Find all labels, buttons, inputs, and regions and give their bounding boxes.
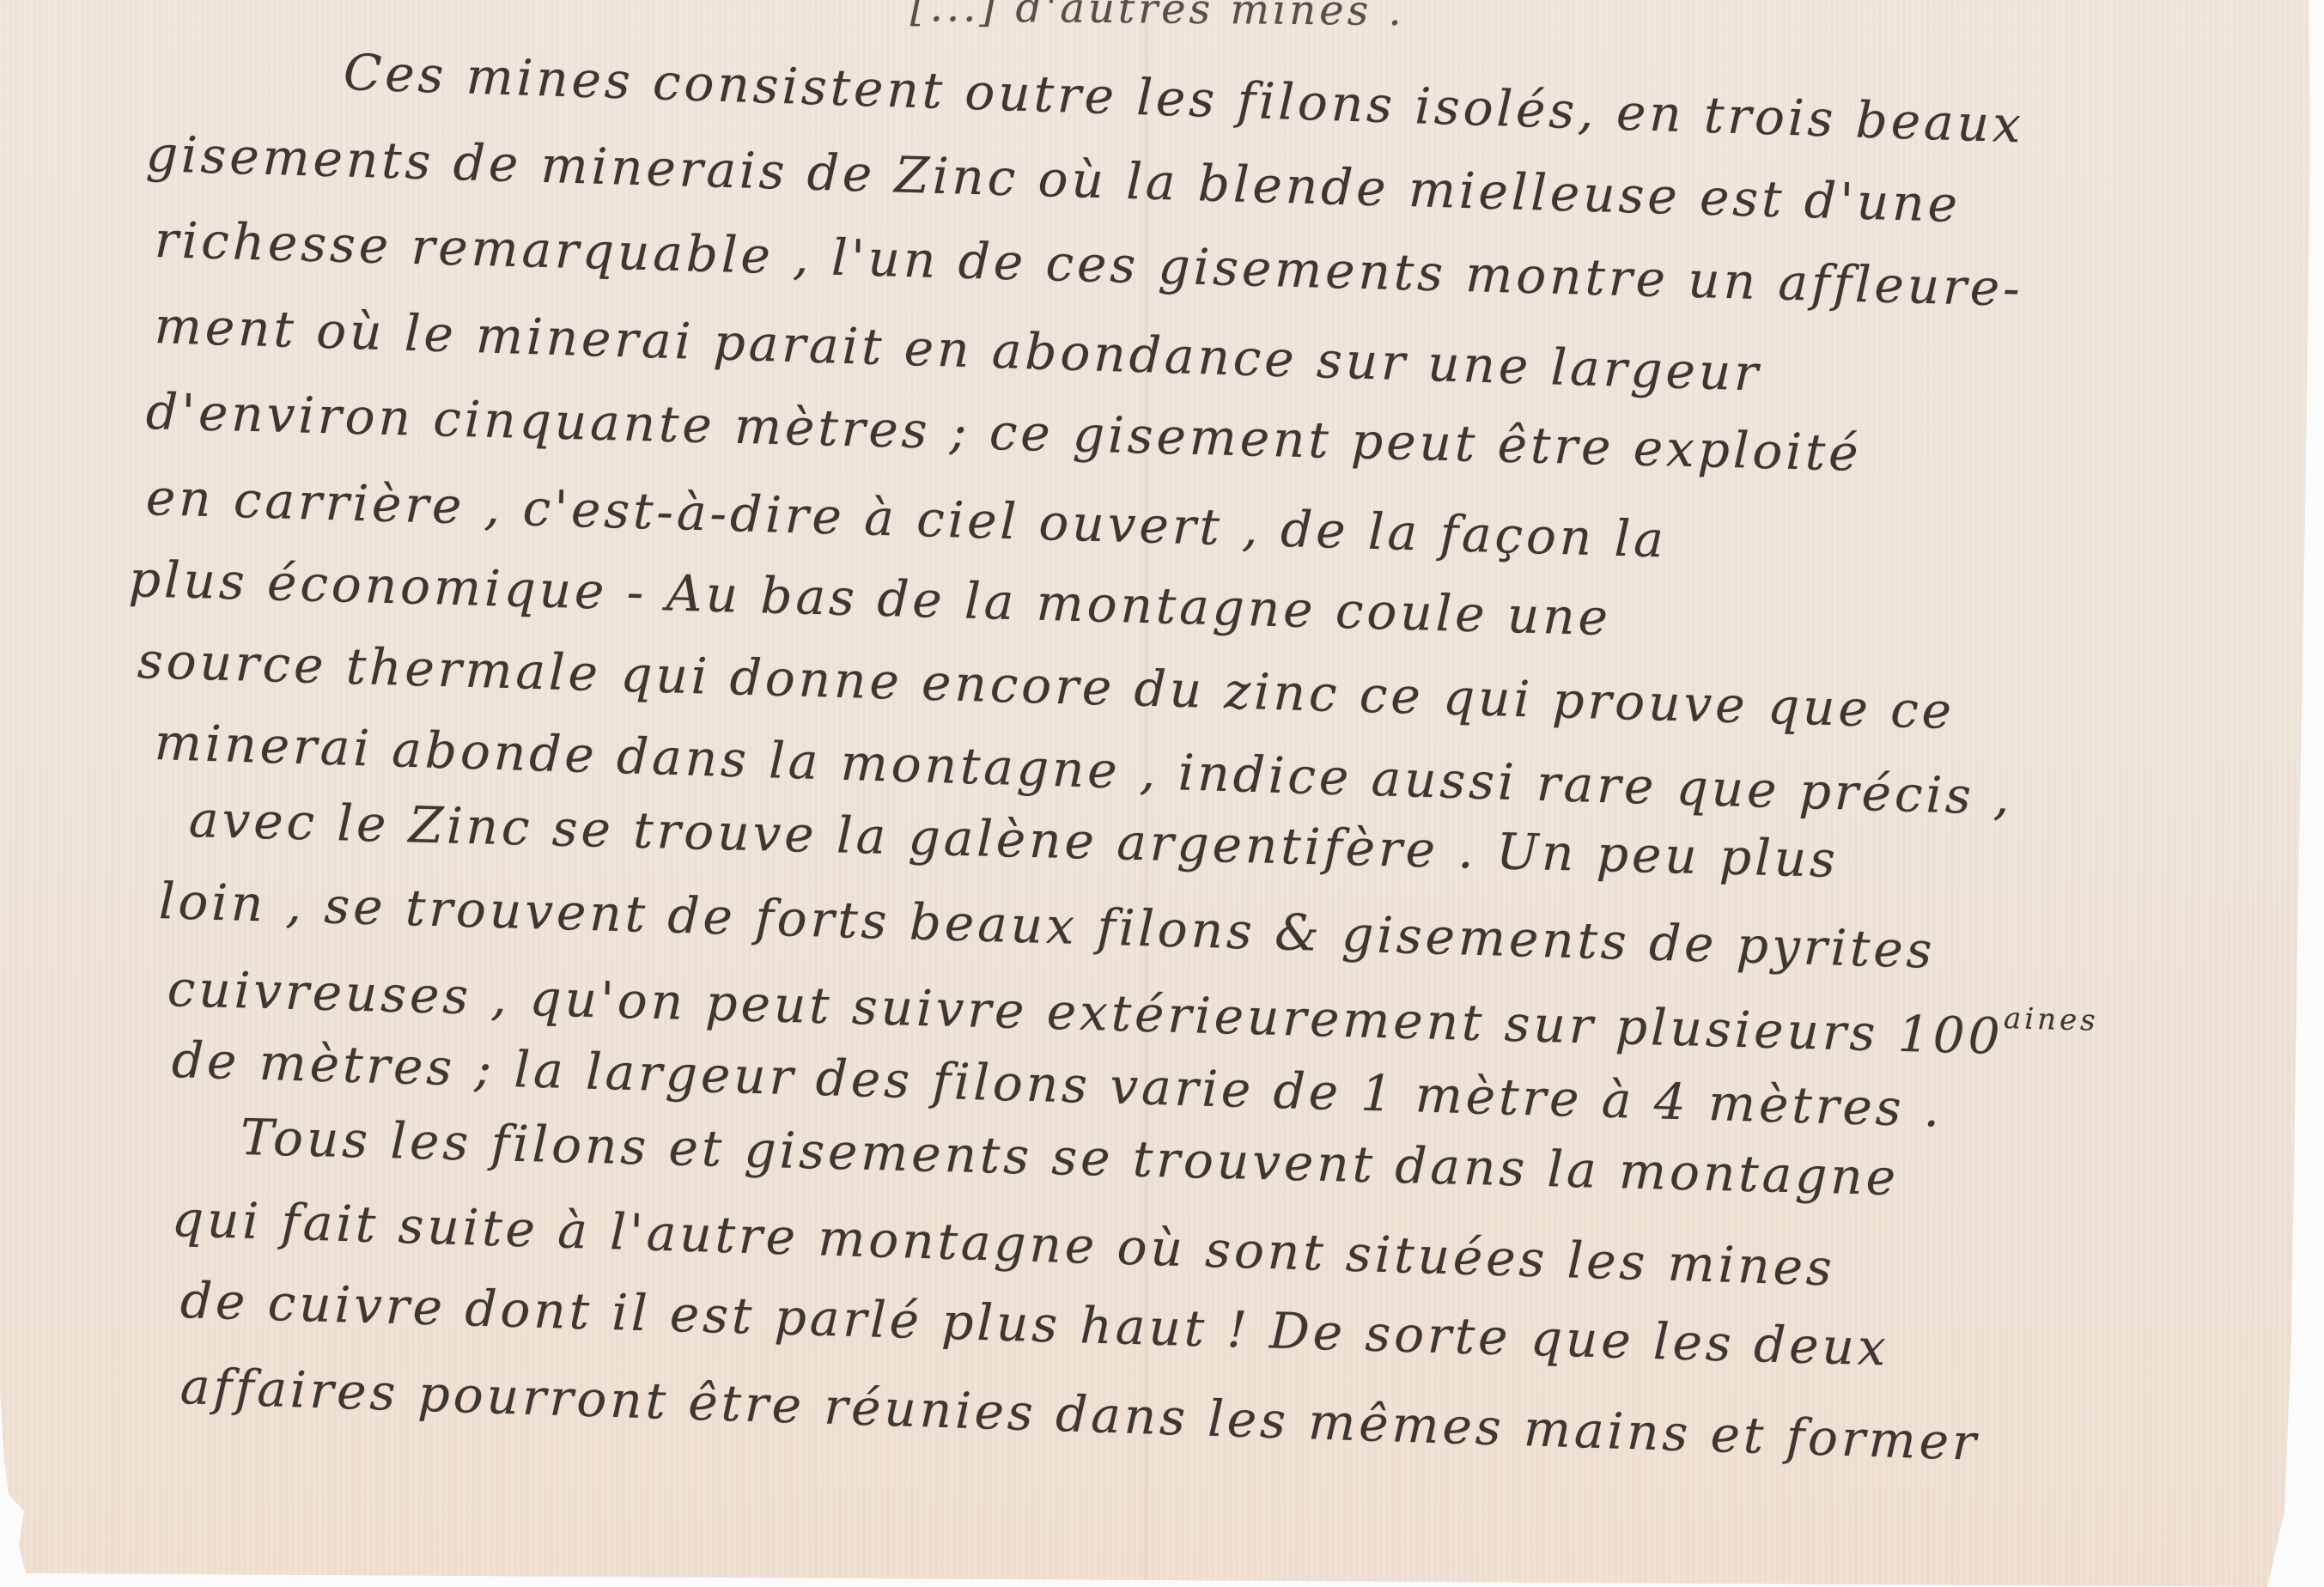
manuscript-line: affaires pourront être réunies dans les … xyxy=(179,1357,1980,1472)
scanned-page: [...] d'autres mines . Ces mines consist… xyxy=(0,0,2324,1587)
manuscript-line: en carrière , c'est-à-dire à ciel ouvert… xyxy=(145,468,1668,569)
superscript-suffix: aines xyxy=(2004,1001,2100,1038)
manuscript-text: [...] d'autres mines . Ces mines consist… xyxy=(0,0,2324,1587)
manuscript-line: [...] d'autres mines . xyxy=(910,0,1405,35)
manuscript-line: ment où le minerai parait en abondance s… xyxy=(154,296,1762,402)
manuscript-line: plus économique - Au bas de la montagne … xyxy=(128,550,1612,647)
